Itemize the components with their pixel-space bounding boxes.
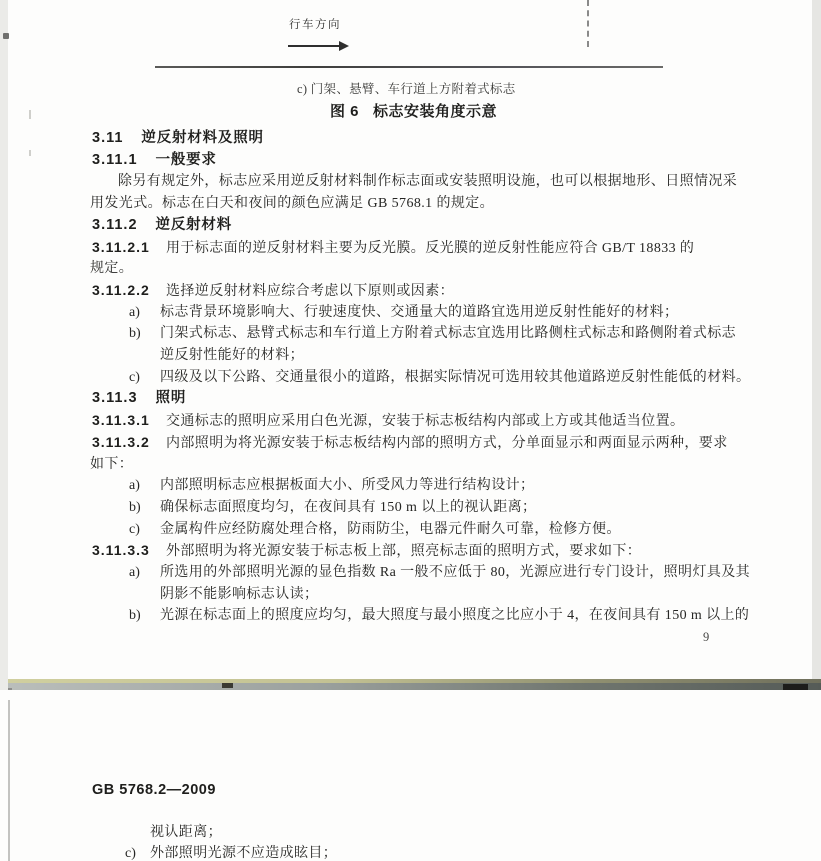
list-item-line: a)所选用的外部照明光源的显色指数 Ra 一般不应低于 80，光源应进行专门设计… xyxy=(129,564,750,581)
clause-line: 3.11.3.2内部照明为将光源安装于标志板结构内部的照明方式，分单面显示和两面… xyxy=(92,434,728,451)
divider-dark-blob xyxy=(222,683,233,688)
paragraph-line: 用发光式。标志在白天和夜间的颜色应满足 GB 5768.1 的规定。 xyxy=(90,195,494,212)
dashed-fold-line xyxy=(587,0,589,47)
page-number: 9 xyxy=(703,630,709,645)
figure-title: 图 6标志安装角度示意 xyxy=(330,100,497,121)
section-heading: 3.11.3照明 xyxy=(92,390,186,407)
paragraph-line: 规定。 xyxy=(90,260,133,277)
list-item-line: b)门架式标志、悬臂式标志和车行道上方附着式标志宜选用比路侧柱式标志和路侧附着式… xyxy=(129,325,736,342)
paragraph-line: 如下： xyxy=(90,456,133,473)
continuation-line: 视认距离； xyxy=(150,821,222,841)
direction-arrow xyxy=(288,45,340,47)
list-item-line: c)外部照明光源不应造成眩目； xyxy=(125,842,337,861)
scan-speck xyxy=(29,150,31,156)
list-item-line: a)内部照明标志应根据板面大小、所受风力等进行结构设计； xyxy=(129,477,534,494)
figure-subcaption: c) 门架、悬臂、车行道上方附着式标志 xyxy=(297,79,516,97)
page-divider-band xyxy=(8,679,821,690)
list-item-line: b)确保标志面照度均匀，在夜间具有 150 m 以上的视认距离； xyxy=(129,499,536,516)
list-item-line: a)标志背景环境影响大、行驶速度快、交通量大的道路宜选用逆反射性能好的材料； xyxy=(129,304,678,321)
section-heading: 3.11.2逆反射材料 xyxy=(92,217,232,234)
scan-left-edge xyxy=(0,0,8,690)
clause-line: 3.11.2.1用于标志面的逆反射材料主要为反光膜。反光膜的逆反射性能应符合 G… xyxy=(92,239,694,256)
clause-line: 3.11.3.3外部照明为将光源安装于标志板上部，照亮标志面的照明方式，要求如下… xyxy=(92,542,641,559)
list-item-continuation: 阴影不能影响标志认读； xyxy=(160,586,318,603)
figure-title-text: 标志安装角度示意 xyxy=(373,103,497,120)
clause-line: 3.11.3.1交通标志的照明应采用白色光源，安装于标志板结构内部或上方或其他适… xyxy=(92,412,684,429)
section-heading: 3.11.1一般要求 xyxy=(92,152,217,169)
figure-baseline-rule xyxy=(155,66,663,68)
scanned-document: 行车方向 c) 门架、悬臂、车行道上方附着式标志 图 6标志安装角度示意 3.1… xyxy=(0,0,821,861)
clause-line: 3.11.2.2选择逆反射材料应综合考虑以下原则或因素： xyxy=(92,282,454,299)
standard-code-header: GB 5768.2—2009 xyxy=(92,782,216,798)
driving-direction-label: 行车方向 xyxy=(289,16,341,32)
list-item-continuation: 逆反射性能好的材料； xyxy=(160,347,304,364)
section-heading: 3.11逆反射材料及照明 xyxy=(92,130,264,147)
list-item-line: b)光源在标志面上的照度应均匀，最大照度与最小照度之比应小于 4，在夜间具有 1… xyxy=(129,607,749,624)
scan-speck xyxy=(29,110,31,119)
list-item-line: c)金属构件应经防腐处理合格，防雨防尘，电器元件耐久可靠，检修方便。 xyxy=(129,521,621,538)
figure-number: 图 6 xyxy=(330,103,359,120)
scan-right-edge xyxy=(812,0,821,679)
list-item-line: c)四级及以下公路、交通量很小的道路，根据实际情况可选用较其他道路逆反射性能低的… xyxy=(129,369,750,386)
paragraph-line: 除另有规定外，标志应采用逆反射材料制作标志面或安装照明设施，也可以根据地形、日照… xyxy=(118,173,737,190)
divider-gray-strip xyxy=(8,683,821,690)
direction-arrow-head-icon xyxy=(339,41,349,51)
next-page-fragment xyxy=(0,690,821,861)
next-page-left-edge xyxy=(8,700,10,861)
scan-speck xyxy=(3,33,9,39)
